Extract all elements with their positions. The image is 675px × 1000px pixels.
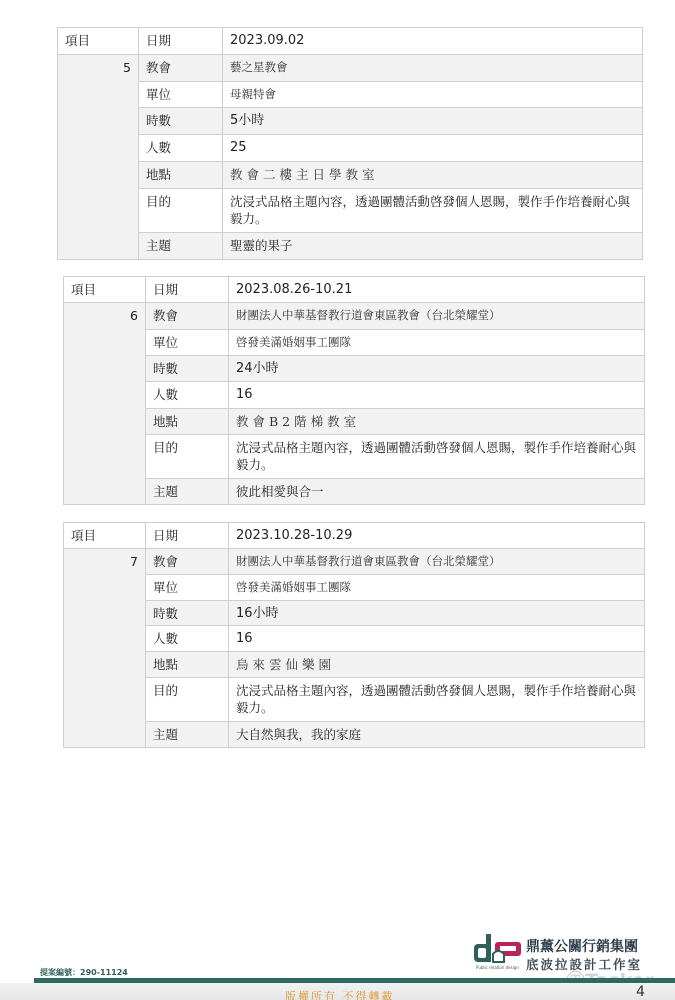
unit-value: 啓發美滿婚姻事工團隊 [229,330,645,356]
location-label: 地點 [146,409,229,435]
location-value: 教會二樓主日學教室 [223,162,643,189]
date-label: 日期 [146,277,229,303]
theme-value: 聖靈的果子 [223,233,643,260]
theme-value: 大自然與我，我的家庭 [229,722,645,748]
logo-mark-icon [474,934,524,964]
location-label: 地點 [139,162,223,189]
copyright-notice: 版權所有 不得轉載 [285,988,395,1000]
logo-subtitle: Public relation design [476,965,519,970]
church-label: 教會 [146,549,229,575]
people-value: 16 [229,626,645,652]
record-table-6: 項目 日期 2023.08.26-10.21 6 教會 財團法人中華基督教行道會… [63,276,645,505]
hours-label: 時數 [146,356,229,382]
record-table-7: 項目 日期 2023.10.28-10.29 7 教會 財團法人中華基督教行道會… [63,522,645,748]
purpose-label: 目的 [139,189,223,233]
people-value: 25 [223,135,643,162]
item-header: 項目 [64,277,146,303]
case-number: 提案編號：290-11124 [40,967,128,978]
hours-label: 時數 [139,108,223,135]
item-number: 7 [64,549,146,748]
purpose-value: 沈浸式品格主題內容，透過團體活動啓發個人恩賜，製作手作培養耐心與毅力。 [229,435,645,479]
hours-value: 24小時 [229,356,645,382]
item-header: 項目 [64,523,146,549]
location-value: 烏來雲仙樂園 [229,652,645,678]
theme-value: 彼此相愛與合一 [229,479,645,505]
unit-value: 啓發美滿婚姻事工團隊 [229,575,645,601]
date-value: 2023.09.02 [223,28,643,55]
logo-company-name: 鼎薰公關行銷集團 [526,936,638,956]
people-label: 人數 [146,626,229,652]
record-table-5: 項目 日期 2023.09.02 5 教會 藝之星教會 單位 母親特會 時數 5… [57,27,643,260]
date-value: 2023.10.28-10.29 [229,523,645,549]
theme-label: 主題 [146,722,229,748]
church-label: 教會 [139,55,223,82]
theme-label: 主題 [146,479,229,505]
people-label: 人數 [139,135,223,162]
item-header: 項目 [58,28,139,55]
unit-label: 單位 [146,330,229,356]
hours-value: 16小時 [229,601,645,626]
people-value: 16 [229,382,645,409]
church-value: 財團法人中華基督教行道會東區教會（台北榮耀堂） [229,549,645,575]
church-label: 教會 [146,303,229,330]
unit-value: 母親特會 [223,82,643,108]
hours-value: 5小時 [223,108,643,135]
hours-label: 時數 [146,601,229,626]
church-value: 財團法人中華基督教行道會東區教會（台北榮耀堂） [229,303,645,330]
location-value: 教會B2階梯教室 [229,409,645,435]
date-value: 2023.08.26-10.21 [229,277,645,303]
purpose-label: 目的 [146,678,229,722]
item-number: 6 [64,303,146,505]
item-number: 5 [58,55,139,260]
purpose-value: 沈浸式品格主題內容，透過團體活動啓發個人恩賜，製作手作培養耐心與毅力。 [223,189,643,233]
people-label: 人數 [146,382,229,409]
unit-label: 單位 [139,82,223,108]
purpose-value: 沈浸式品格主題內容，透過團體活動啓發個人恩賜，製作手作培養耐心與毅力。 [229,678,645,722]
purpose-label: 目的 [146,435,229,479]
church-value: 藝之星教會 [223,55,643,82]
theme-label: 主題 [139,233,223,260]
date-label: 日期 [146,523,229,549]
page-number: 4 [636,984,645,1000]
date-label: 日期 [139,28,223,55]
location-label: 地點 [146,652,229,678]
unit-label: 單位 [146,575,229,601]
